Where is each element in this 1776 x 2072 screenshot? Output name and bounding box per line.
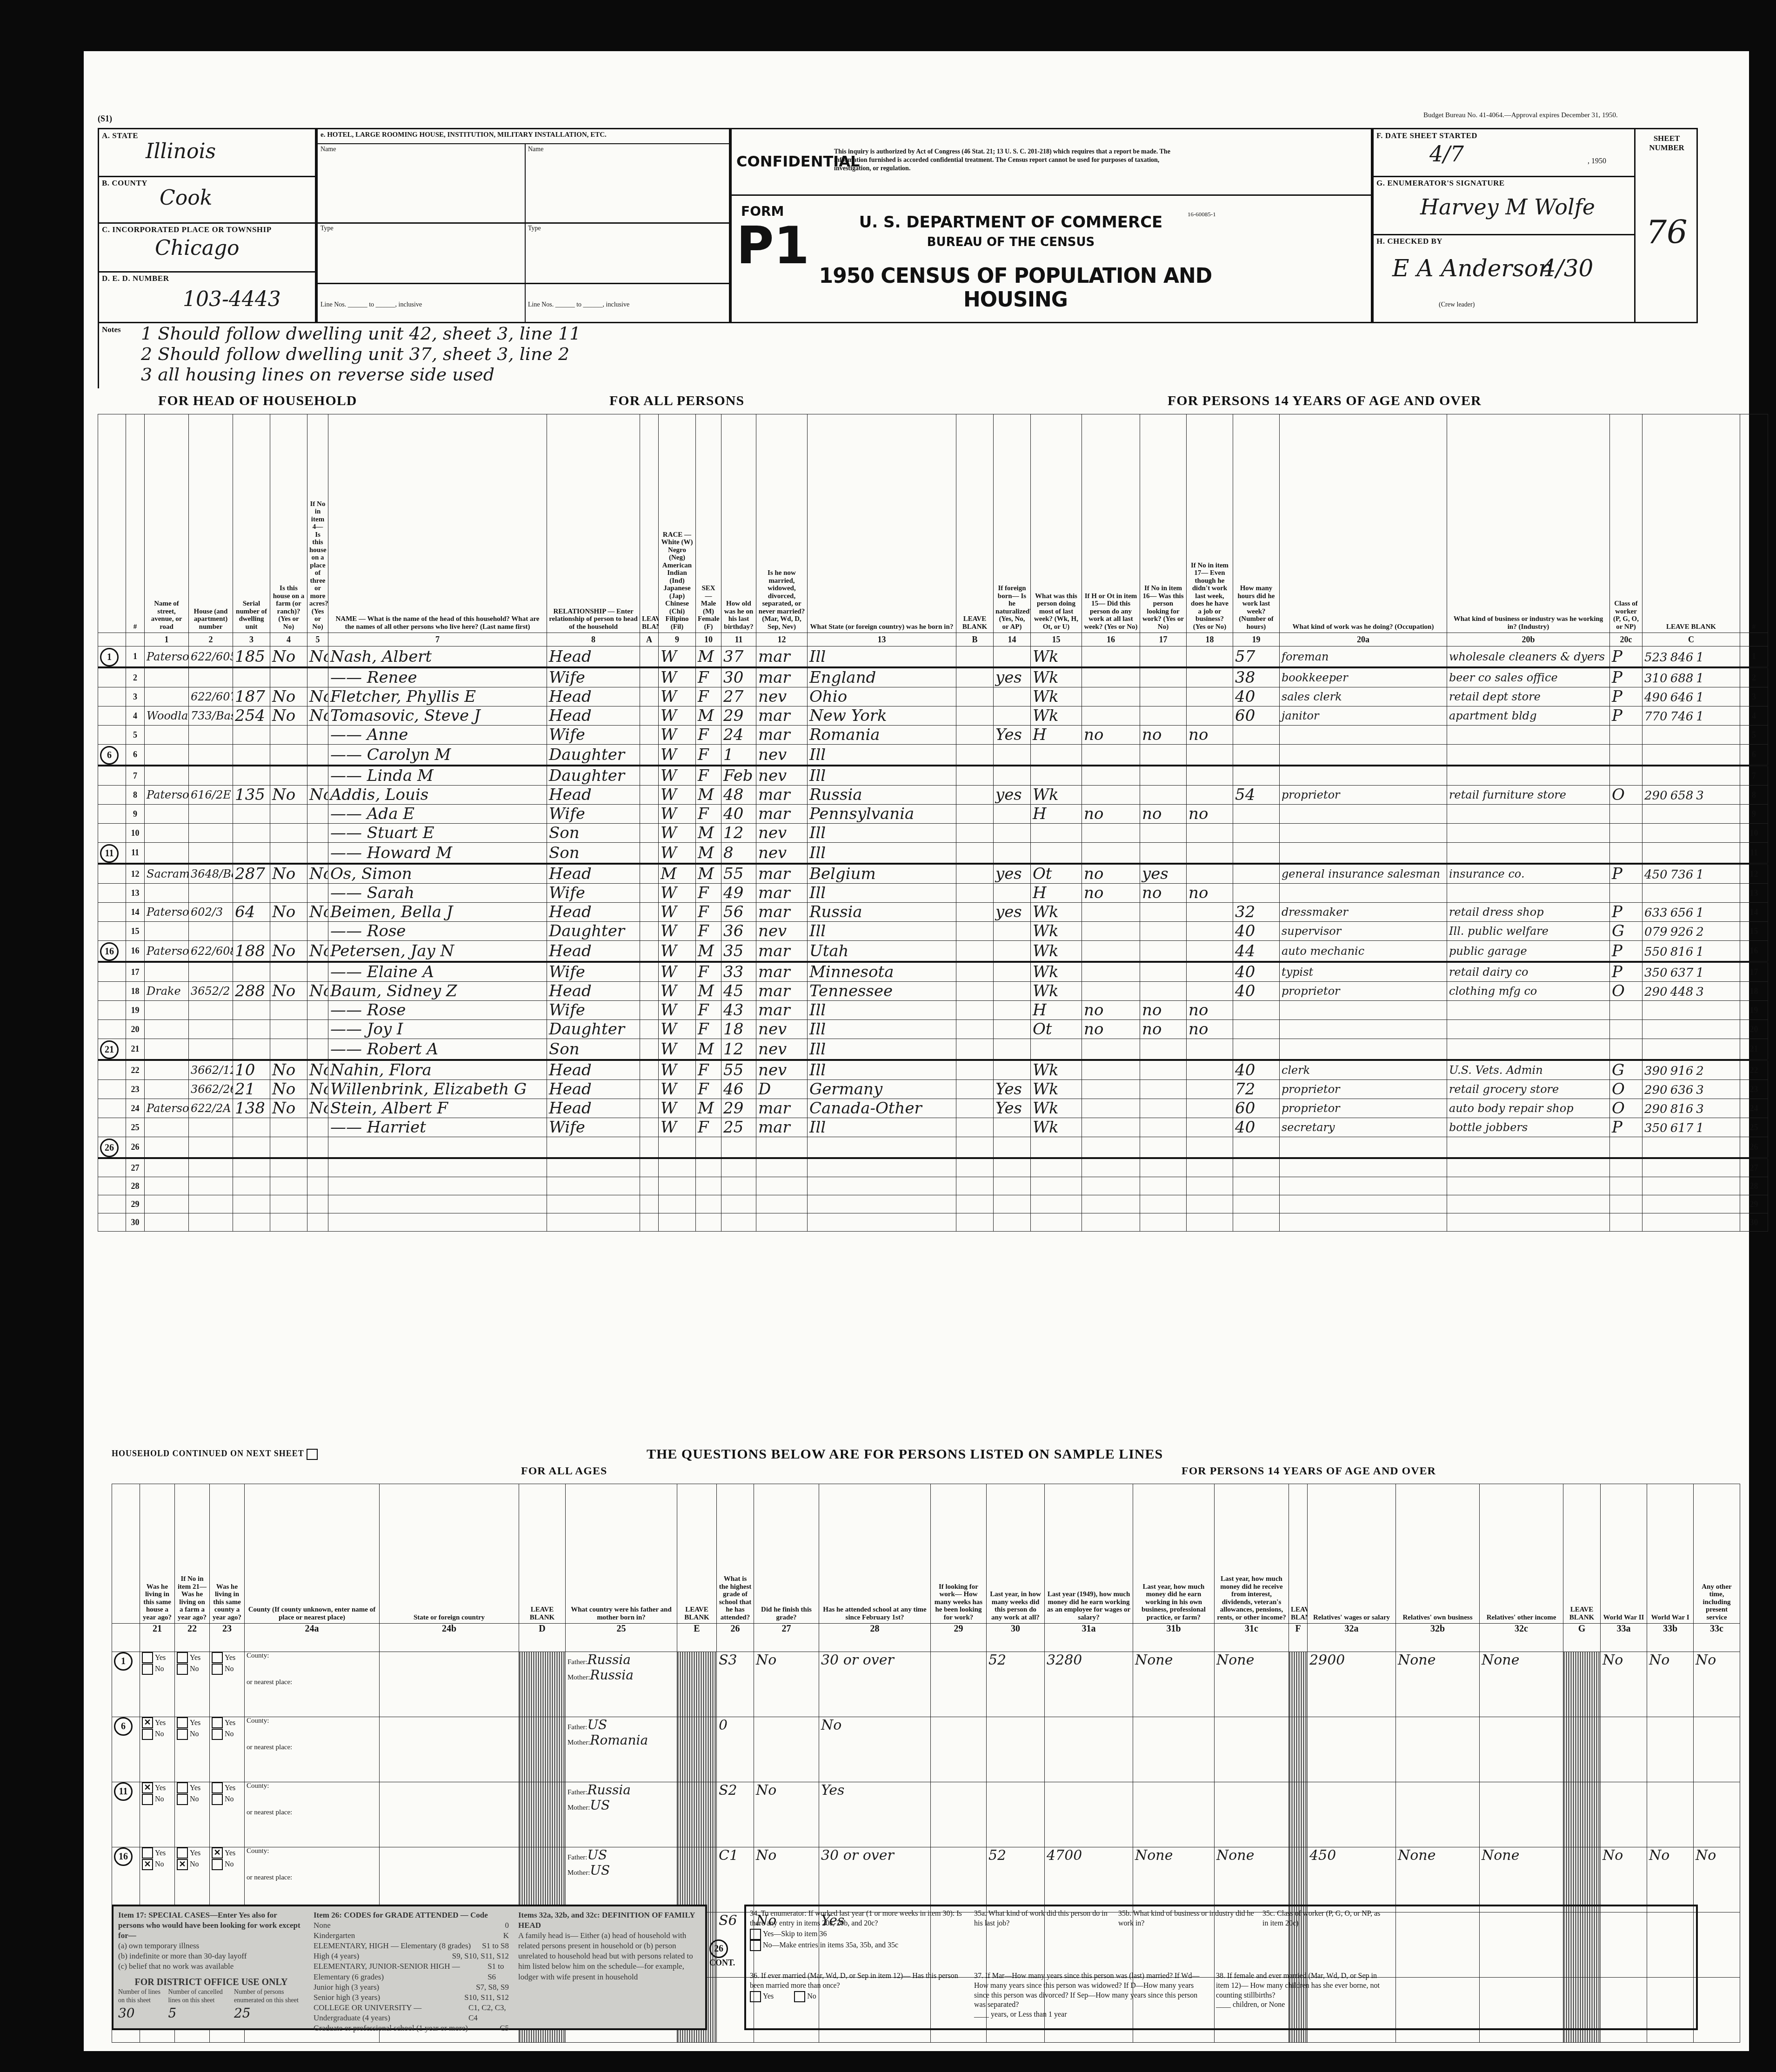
- cell-house: [189, 745, 233, 766]
- leave-blank-codes: 5238461: [1642, 646, 1740, 668]
- cell-q17: [1140, 824, 1187, 843]
- state-label: a. STATE: [102, 131, 138, 140]
- grade-code-value: S10, S11, S12: [464, 1992, 509, 2003]
- cell-acres: [307, 1118, 328, 1137]
- cell-age: 24: [721, 726, 756, 745]
- for-all-ages-title: FOR ALL AGES: [521, 1465, 607, 1478]
- cell-name: —— Ada E: [328, 805, 547, 824]
- cell-33c: No: [1694, 1847, 1740, 1912]
- grade-code-label: ELEMENTARY, HIGH — Elementary (8 grades): [314, 1941, 471, 1951]
- colnum-10: 10: [696, 633, 721, 646]
- cell-rel: Head: [547, 687, 640, 706]
- cell-occupation: sales clerk: [1280, 687, 1447, 706]
- code-code2: 636: [1670, 1083, 1694, 1097]
- cell-activity: Ot: [1031, 864, 1082, 884]
- leave-blank-cell: [956, 1080, 994, 1099]
- q34-no-checkbox[interactable]: [750, 1940, 761, 1951]
- leave-blank-cell: [640, 903, 659, 922]
- cell-nat: [994, 805, 1031, 824]
- cell-race: W: [659, 1020, 696, 1039]
- cell-marital: mar: [756, 726, 808, 745]
- leave-blank-codes: [1642, 824, 1740, 843]
- header-col-9: RACE — White (W) Negro (Neg) American In…: [659, 414, 696, 633]
- colnum-7: 7: [328, 633, 547, 646]
- cell-activity: [1031, 1177, 1082, 1195]
- cell-activity: Wk: [1031, 1118, 1082, 1137]
- cell-33a-value: No: [1602, 1847, 1623, 1864]
- sample-line-header: [112, 1484, 140, 1624]
- q23-yes-checkbox[interactable]: ✕: [212, 1847, 223, 1859]
- q23-yes-checkbox[interactable]: [212, 1782, 223, 1793]
- cell-f: [1289, 1847, 1308, 1912]
- leave-blank-cell: [956, 1020, 994, 1039]
- code-code2: 736: [1670, 868, 1694, 882]
- line-number: 30: [126, 1213, 145, 1232]
- cell-race: W: [659, 646, 696, 668]
- cell-age: [721, 1213, 756, 1232]
- sample-line-marker: 16: [112, 1847, 140, 1912]
- leave-blank-codes: 2906583: [1642, 786, 1740, 805]
- cell-industry: [1447, 1177, 1610, 1195]
- cell-marital: [756, 1195, 808, 1213]
- cell-street: [145, 1213, 189, 1232]
- cell-street: Paterson: [145, 786, 189, 805]
- cell-q17: [1140, 646, 1187, 668]
- sample-line-marker: [98, 903, 126, 922]
- cell-industry: retail grocery store: [1447, 1080, 1610, 1099]
- q36-no-label: No: [807, 1992, 816, 2000]
- sample-line-marker: [98, 786, 126, 805]
- cell-industry: [1447, 824, 1610, 843]
- cell-age: 30: [721, 667, 756, 687]
- cell-serial: [233, 726, 270, 745]
- cell-serial: [233, 805, 270, 824]
- q23-yes-label: Yes: [225, 1784, 235, 1792]
- cell-industry: [1447, 1020, 1610, 1039]
- leave-blank-cell: [640, 726, 659, 745]
- special-case-b: (b) indefinite or more than 30-day layof…: [118, 1951, 304, 1961]
- line-number: 3: [126, 687, 145, 706]
- father-birthplace: US: [588, 1717, 608, 1732]
- cell-q16: [1082, 1195, 1140, 1213]
- cell-activity: Wk: [1031, 1060, 1082, 1080]
- grade-code-label: Senior high (3 years): [314, 1992, 380, 2003]
- q22-yes-checkbox[interactable]: [177, 1652, 188, 1663]
- note-2: 2 Should follow dwelling unit 37, sheet …: [141, 344, 581, 364]
- cell-nat: yes: [994, 667, 1031, 687]
- cell-31b: None: [1133, 1847, 1215, 1912]
- cell-sex: F: [696, 922, 721, 941]
- cell-acres: [307, 1177, 328, 1195]
- table-row: 20—— Joy IDaughterWF18nevIllOtnonono20: [98, 1020, 1768, 1039]
- line-number: 16: [126, 941, 145, 962]
- table-row: 7—— Linda MDaughterWFFebnevIll7: [98, 766, 1768, 786]
- q23-no-checkbox[interactable]: [212, 1729, 223, 1740]
- cell-25: Father:USMother:Romania: [566, 1717, 677, 1782]
- cell-marital: [756, 1158, 808, 1177]
- code-code2: 656: [1670, 906, 1694, 920]
- place-label: c. INCORPORATED PLACE OR TOWNSHIP: [102, 225, 272, 234]
- cell-birthplace: Russia: [808, 786, 956, 805]
- nearest-label: or nearest place:: [247, 1809, 377, 1817]
- cell-32a: [1308, 1782, 1396, 1847]
- cell-house: [189, 766, 233, 786]
- cell-24a: County:or nearest place:: [245, 1782, 380, 1847]
- cell-age: 49: [721, 884, 756, 903]
- cell-serial: [233, 667, 270, 687]
- cell-sex: F: [696, 667, 721, 687]
- q22-yes-checkbox[interactable]: [177, 1782, 188, 1793]
- leave-blank-cell: [956, 922, 994, 941]
- leave-blank-cell: [640, 1060, 659, 1080]
- q22-yes-checkbox[interactable]: [177, 1847, 188, 1859]
- q36-no-checkbox[interactable]: [794, 1991, 805, 2002]
- cell-birthplace: Belgium: [808, 864, 956, 884]
- q22-no-checkbox[interactable]: [177, 1794, 188, 1805]
- leave-blank-cell: [956, 941, 994, 962]
- cell-33b: [1647, 1717, 1694, 1782]
- father-label: Father:: [568, 1789, 588, 1796]
- cell-age: 12: [721, 824, 756, 843]
- cell-street: [145, 687, 189, 706]
- q21-yes-checkbox[interactable]: [142, 1652, 153, 1663]
- cell-q17: [1140, 1099, 1187, 1118]
- cell-house: 3662/26: [189, 1080, 233, 1099]
- colnum-33b: 33b: [1647, 1624, 1694, 1652]
- cell-house: [189, 1195, 233, 1213]
- q21-yes-checkbox[interactable]: ✕: [142, 1717, 153, 1728]
- cell-marital: nev: [756, 824, 808, 843]
- leave-blank-cell: [640, 745, 659, 766]
- cell-sex: M: [696, 646, 721, 668]
- q23-no-checkbox[interactable]: [212, 1664, 223, 1675]
- colnum-24b: 24b: [380, 1624, 519, 1652]
- cell-farm: No: [270, 706, 307, 726]
- cell-hours: [1233, 1137, 1280, 1159]
- cell-q17: [1140, 1080, 1187, 1099]
- leave-blank-cell: [956, 1039, 994, 1060]
- q21-no-checkbox[interactable]: ✕: [142, 1859, 153, 1870]
- grade-code-value: C5: [500, 2023, 509, 2033]
- cell-nat: [994, 982, 1031, 1001]
- cell-e: [677, 1717, 717, 1782]
- cell-street: Drake: [145, 982, 189, 1001]
- cell-industry: retail dairy co: [1447, 962, 1610, 982]
- cell-e: [677, 1652, 717, 1717]
- cell-farm: [270, 1039, 307, 1060]
- cell-nat: [994, 687, 1031, 706]
- cell-class: P: [1610, 706, 1642, 726]
- cell-rel: Daughter: [547, 766, 640, 786]
- cell-activity: Wk: [1031, 962, 1082, 982]
- county-label: b. COUNTY: [102, 179, 147, 188]
- line-number: 6: [126, 745, 145, 766]
- mother-label: Mother:: [568, 1804, 590, 1812]
- cell-q22: Yes✕No: [175, 1847, 210, 1912]
- header-col-16: If H or Ot in item 15— Did this person d…: [1082, 414, 1140, 633]
- q22-no-checkbox[interactable]: ✕: [177, 1859, 188, 1870]
- cell-marital: mar: [756, 864, 808, 884]
- cell-industry: wholesale cleaners & dyers: [1447, 646, 1610, 668]
- cell-q16: [1082, 1177, 1140, 1195]
- mother-label: Mother:: [568, 1869, 590, 1877]
- q38-text: 38. If female and ever married (Mar, Wd,…: [1216, 1972, 1383, 2000]
- cell-q17: [1140, 843, 1187, 864]
- colnum-15: 15: [1031, 633, 1082, 646]
- table-row: 4Woodland733/Bas.254NoNoTomasovic, Steve…: [98, 706, 1768, 726]
- leave-blank-codes: [1642, 1039, 1740, 1060]
- leave-blank-cell: [640, 843, 659, 864]
- line-number-right: 23: [1740, 1080, 1768, 1099]
- cell-occupation: secretary: [1280, 1118, 1447, 1137]
- cell-sex: F: [696, 884, 721, 903]
- cell-industry: [1447, 726, 1610, 745]
- line-number: 26: [126, 1137, 145, 1159]
- q22-no-checkbox[interactable]: [177, 1729, 188, 1740]
- cell-street: Woodland: [145, 706, 189, 726]
- cell-age: 33: [721, 962, 756, 982]
- grade-code-label: Graduate or professional school (1 year …: [314, 2023, 468, 2033]
- cell-farm: [270, 1137, 307, 1159]
- cell-farm: [270, 962, 307, 982]
- cell-q16: [1082, 1099, 1140, 1118]
- cell-birthplace: Ill: [808, 1060, 956, 1080]
- cell-acres: No: [307, 903, 328, 922]
- enumerated-label: Number of persons enumerated on this she…: [234, 1988, 304, 2005]
- cell-class: [1610, 1213, 1642, 1232]
- line-number: 15: [126, 922, 145, 941]
- q22-yes-label: Yes: [190, 1849, 200, 1857]
- cell-33b: No: [1647, 1847, 1694, 1912]
- q34-text: 34. To enumerator: If worked last year (…: [750, 1909, 968, 1929]
- cell-marital: nev: [756, 745, 808, 766]
- cell-farm: [270, 1158, 307, 1177]
- header-col-d: LEAVE BLANK: [519, 1484, 566, 1624]
- cell-sex: F: [696, 1060, 721, 1080]
- confidential-text: This inquiry is authorized by Act of Con…: [834, 148, 1178, 173]
- cell-activity: Wk: [1031, 646, 1082, 668]
- leave-blank-codes: [1642, 1001, 1740, 1020]
- cell-street: [145, 745, 189, 766]
- q38: 38. If female and ever married (Mar, Wd,…: [1216, 1972, 1383, 2010]
- cell-29: [931, 1782, 987, 1847]
- cell-25: Father:RussiaMother:US: [566, 1782, 677, 1847]
- cell-farm: [270, 726, 307, 745]
- cell-q21: ✕YesNo: [140, 1717, 175, 1782]
- q23-yes-checkbox[interactable]: [212, 1652, 223, 1663]
- cell-class: [1610, 1039, 1642, 1060]
- leave-blank-cell: [640, 786, 659, 805]
- checked-date: 4/30: [1541, 255, 1593, 282]
- cancelled-label: Number of cancelled lines on this sheet: [168, 1988, 230, 2005]
- cell-31a: 3280: [1045, 1652, 1133, 1717]
- cell-rel: [547, 1137, 640, 1159]
- line-number: 7: [126, 766, 145, 786]
- cell-rel: Son: [547, 824, 640, 843]
- cell-class: O: [1610, 786, 1642, 805]
- cell-house: 733/Bas.: [189, 706, 233, 726]
- q21-no-checkbox[interactable]: [142, 1729, 153, 1740]
- cell-33a: No: [1601, 1847, 1647, 1912]
- cell-marital: [756, 1137, 808, 1159]
- q23-yes-checkbox[interactable]: [212, 1717, 223, 1728]
- sample-line-badge: 26: [100, 1139, 119, 1157]
- cell-race: W: [659, 726, 696, 745]
- cell-sex: F: [696, 1080, 721, 1099]
- header-col-12: Is he now married, widowed, divorced, se…: [756, 414, 808, 633]
- table-row: 1616Paterson622/608188NoNoPetersen, Jay …: [98, 941, 1768, 962]
- sample-line-marker: [98, 1177, 126, 1195]
- cell-age: Feb: [721, 766, 756, 786]
- cell-30-value: 52: [988, 1847, 1006, 1864]
- cell-name: Addis, Louis: [328, 786, 547, 805]
- line-number: 9: [126, 805, 145, 824]
- cell-acres: [307, 667, 328, 687]
- grade-code-label: Code: [470, 1911, 488, 1919]
- code-code2: 846: [1670, 651, 1694, 665]
- grade-code-row: KindergartenK: [314, 1931, 509, 1941]
- household-continued-label: HOUSEHOLD CONTINUED ON NEXT SHEET: [112, 1449, 304, 1458]
- header-col-23: Was he living in this same county a year…: [210, 1484, 245, 1624]
- cell-q16: [1082, 687, 1140, 706]
- form-code: (S1): [98, 114, 112, 124]
- cell-birthplace: [808, 1137, 956, 1159]
- cell-sex: F: [696, 1001, 721, 1020]
- cell-race: [659, 1137, 696, 1159]
- cell-24a: County:or nearest place:: [245, 1717, 380, 1782]
- cell-name: —— Linda M: [328, 766, 547, 786]
- header-col-b: LEAVE BLANK: [956, 414, 994, 633]
- leave-blank-codes: [1642, 1158, 1740, 1177]
- cell-nat: [994, 1020, 1031, 1039]
- cell-serial: [233, 1001, 270, 1020]
- cell-24b: [380, 1782, 519, 1847]
- colnum-b: B: [956, 633, 994, 646]
- cell-farm: [270, 824, 307, 843]
- grade-code-label: Junior high (3 years): [314, 1982, 379, 1992]
- cell-28: 30 or over: [819, 1652, 931, 1717]
- colnum-14: 14: [994, 633, 1031, 646]
- q22-no-label: No: [190, 1795, 199, 1803]
- cell-acres: No: [307, 687, 328, 706]
- cell-house: [189, 1118, 233, 1137]
- cell-street: [145, 843, 189, 864]
- q22-no-label: No: [190, 1730, 199, 1738]
- cell-acres: [307, 1158, 328, 1177]
- cell-name: [328, 1137, 547, 1159]
- cell-farm: [270, 667, 307, 687]
- q21-no-checkbox[interactable]: [142, 1664, 153, 1675]
- cell-marital: mar: [756, 903, 808, 922]
- q35c: 35c. Class of worker (P, G, O, or NP, as…: [1262, 1909, 1383, 1929]
- cell-class: [1610, 1137, 1642, 1159]
- cell-name: Nahin, Flora: [328, 1060, 547, 1080]
- table-row: 223662/1210NoNoNahin, FloraHeadWF55nevIl…: [98, 1060, 1768, 1080]
- cell-acres: [307, 805, 328, 824]
- table-row: 13—— SarahWifeWF49marIllHnonono13: [98, 884, 1768, 903]
- q22-yes-checkbox[interactable]: [177, 1717, 188, 1728]
- cell-acres: No: [307, 786, 328, 805]
- cell-q16: [1082, 962, 1140, 982]
- cell-rel: Daughter: [547, 1020, 640, 1039]
- cell-30: 52: [987, 1847, 1045, 1912]
- cell-house: 602/3: [189, 903, 233, 922]
- cell-class: [1610, 1020, 1642, 1039]
- cell-marital: mar: [756, 1001, 808, 1020]
- q23-no-checkbox[interactable]: [212, 1794, 223, 1805]
- cell-24b: [380, 1652, 519, 1717]
- cell-marital: mar: [756, 962, 808, 982]
- cell-class: P: [1610, 864, 1642, 884]
- cell-q17: [1140, 941, 1187, 962]
- q21-no-checkbox[interactable]: [142, 1794, 153, 1805]
- cell-age: 29: [721, 706, 756, 726]
- cell-sex: [696, 1177, 721, 1195]
- sample-line-marker: [98, 1020, 126, 1039]
- q22-no-checkbox[interactable]: [177, 1664, 188, 1675]
- leave-blank-codes: 3506171: [1642, 1118, 1740, 1137]
- cell-31a-value: 4700: [1047, 1847, 1082, 1864]
- cell-33c: [1694, 1717, 1740, 1782]
- cell-marital: mar: [756, 667, 808, 687]
- cell-industry: clothing mfg co: [1447, 982, 1610, 1001]
- header-col-10: SEX — Male (M) Female (F): [696, 414, 721, 633]
- q36-yes-checkbox[interactable]: [750, 1991, 761, 2002]
- cell-street: [145, 1118, 189, 1137]
- sample-line-26-badge: 26: [709, 1939, 728, 1958]
- code-code2: 816: [1670, 1102, 1694, 1116]
- table-row: 14Paterson602/364NoNoBeimen, Bella JHead…: [98, 903, 1768, 922]
- header-col-33c: Any other time, including present servic…: [1694, 1484, 1740, 1624]
- section-all-persons: FOR ALL PERSONS: [609, 393, 744, 409]
- cell-nat: [994, 1177, 1031, 1195]
- sample-line-badge: 11: [114, 1782, 133, 1801]
- cell-q16: no: [1082, 884, 1140, 903]
- leave-blank-cell: [640, 1137, 659, 1159]
- cell-24a: County:or nearest place:: [245, 1652, 380, 1717]
- sample-line-badge: 6: [114, 1717, 133, 1736]
- cell-birthplace: Pennsylvania: [808, 805, 956, 824]
- cell-age: 1: [721, 745, 756, 766]
- q23-no-checkbox[interactable]: [212, 1859, 223, 1870]
- cell-nat: [994, 962, 1031, 982]
- q21-yes-checkbox[interactable]: [142, 1847, 153, 1859]
- cell-q22: YesNo: [175, 1652, 210, 1717]
- household-continued-checkbox[interactable]: [307, 1449, 318, 1460]
- header-col-19: How many hours did he work last week? (N…: [1233, 414, 1280, 633]
- cell-industry: retail furniture store: [1447, 786, 1610, 805]
- cell-f: [1289, 1717, 1308, 1782]
- colnum-a: A: [640, 633, 659, 646]
- cell-32c-value: None: [1482, 1847, 1519, 1864]
- code-code1: 290: [1644, 985, 1668, 999]
- line-number: 12: [126, 864, 145, 884]
- nearest-label: or nearest place:: [247, 1874, 377, 1882]
- q36: 36. If ever married (Mar, Wd, D, or Sep …: [750, 1972, 968, 2002]
- cell-27: No: [754, 1652, 819, 1717]
- cell-race: W: [659, 766, 696, 786]
- cell-hours: 40: [1233, 922, 1280, 941]
- q21-yes-checkbox[interactable]: ✕: [142, 1782, 153, 1793]
- cell-acres: No: [307, 1060, 328, 1080]
- cell-acres: [307, 1001, 328, 1020]
- leave-blank-codes: [1642, 1137, 1740, 1159]
- cell-occupation: [1280, 1137, 1447, 1159]
- table-row: 233662/2621NoNoWillenbrink, Elizabeth GH…: [98, 1080, 1768, 1099]
- cell-acres: [307, 1020, 328, 1039]
- cell-birthplace: Ill: [808, 646, 956, 668]
- q34-yes-checkbox[interactable]: [750, 1929, 761, 1940]
